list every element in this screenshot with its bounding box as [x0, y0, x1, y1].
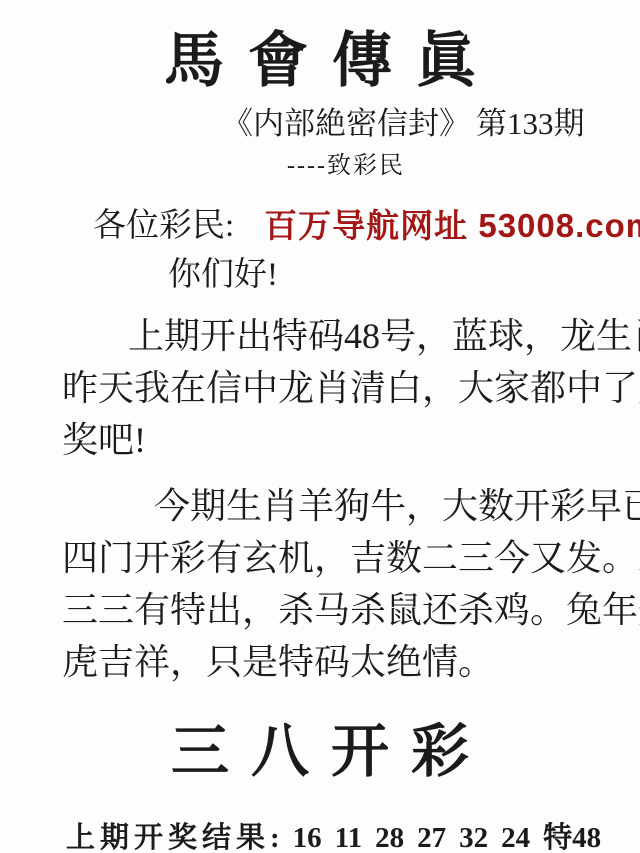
paragraph-line: 虎吉祥，只是特码太绝情。 — [62, 636, 630, 688]
special-number: 48 — [572, 822, 601, 853]
paragraph-line: 四门开彩有玄机，吉数二三今又发。三零 — [62, 532, 630, 584]
salutation-row: 各位彩民: 百万导航网址 53008.com — [0, 204, 640, 248]
result-number: 27 — [417, 822, 446, 853]
dedication-line: ----致彩民 — [287, 152, 640, 180]
fax-sheet: 馬會傳眞 《内部絶密信封》第133期 ----致彩民 各位彩民: 百万导航网址 … — [0, 0, 640, 853]
paragraph-line: 上期开出特码48号，蓝球，龙生肖。 — [128, 310, 630, 362]
letter-paragraph-1: 上期开出特码48号，蓝球，龙生肖。 昨天我在信中龙肖清白，大家都中了大 奖吧! — [62, 310, 630, 466]
special-result: 特48 — [543, 822, 601, 853]
paragraph-line: 昨天我在信中龙肖清白，大家都中了大 — [62, 362, 630, 414]
subtitle-envelope-text: 《内部絶密信封》 — [222, 106, 470, 141]
result-number: 24 — [501, 822, 530, 853]
promo-url-text: 百万导航网址 53008.com — [264, 206, 640, 246]
subtitle-issue-text: 第133期 — [476, 106, 585, 141]
paragraph-line: 奖吧! — [62, 414, 630, 466]
letter-paragraph-2: 今期生肖羊狗牛，大数开彩早已定。 四门开彩有玄机，吉数二三今又发。三零 三三有特… — [62, 480, 630, 688]
masthead-title: 馬會傳眞 — [0, 24, 640, 98]
special-prefix: 特 — [543, 822, 572, 853]
headline-text: 三八开彩 — [0, 716, 640, 788]
salutation-text: 各位彩民: — [93, 204, 234, 248]
result-number: 11 — [335, 822, 362, 853]
results-label: 上期开奖结果: — [66, 822, 285, 853]
result-number: 28 — [375, 822, 404, 853]
result-number: 32 — [459, 822, 488, 853]
greeting-text: 你们好! — [168, 252, 640, 298]
paragraph-line: 三三有特出，杀马杀鼠还杀鸡。兔年开出 — [62, 584, 630, 636]
masthead-subtitle: 《内部絶密信封》第133期 — [222, 104, 640, 144]
paragraph-line: 今期生肖羊狗牛，大数开彩早已定。 — [154, 480, 630, 532]
result-number: 16 — [293, 822, 322, 853]
results-line: 上期开奖结果:161128273224特48 — [66, 818, 640, 853]
